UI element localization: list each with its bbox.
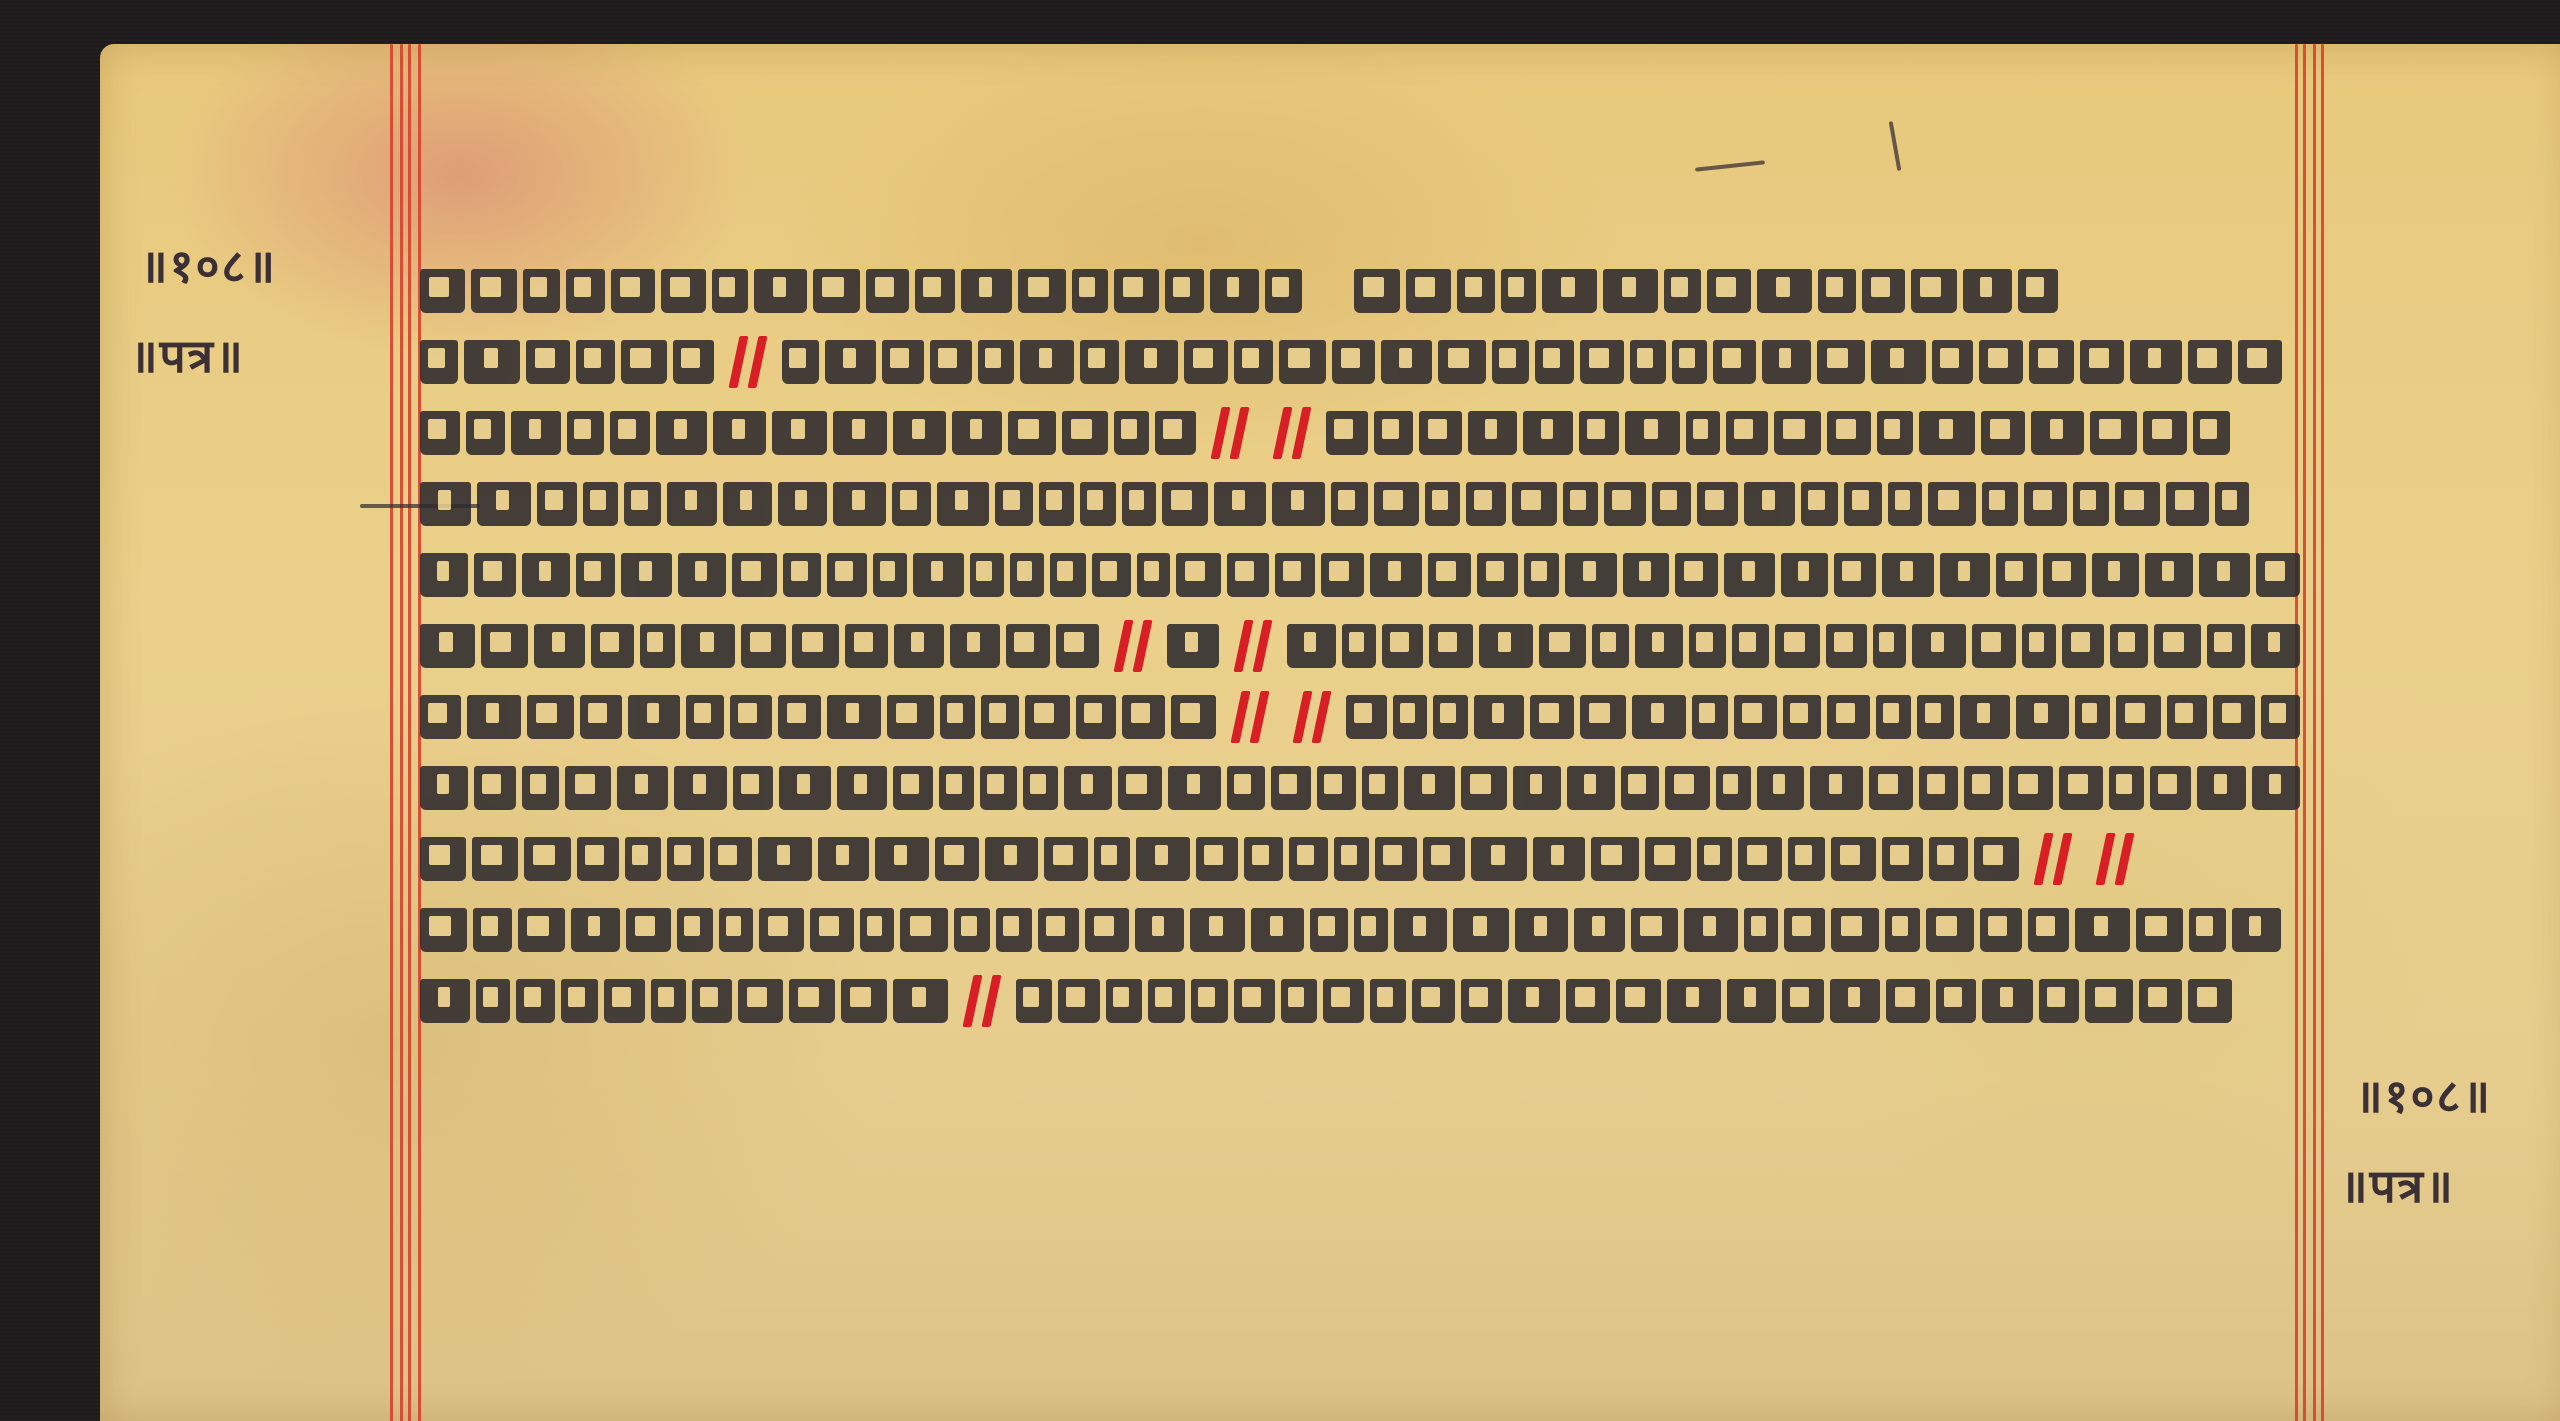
- script-glyph: [759, 908, 804, 952]
- script-glyph: [1038, 908, 1079, 952]
- script-glyph: [1092, 553, 1131, 597]
- script-glyph: [1394, 908, 1447, 952]
- script-glyph: [1332, 340, 1375, 384]
- script-glyph: [1062, 411, 1108, 455]
- script-glyph: [1136, 837, 1190, 881]
- script-glyph: [420, 553, 468, 597]
- script-glyph: [1727, 979, 1776, 1023]
- script-glyph: [1885, 908, 1920, 952]
- script-glyph: [1757, 766, 1805, 810]
- red-double-danda: [1119, 619, 1147, 673]
- script-glyph: [1886, 979, 1930, 1023]
- script-glyph: [1757, 269, 1812, 313]
- red-double-danda: [1216, 406, 1244, 460]
- script-glyph: [2139, 979, 2182, 1023]
- script-glyph: [1374, 482, 1419, 526]
- script-glyph: [1697, 837, 1732, 881]
- script-glyph: [1419, 411, 1462, 455]
- script-glyph: [950, 624, 1000, 668]
- script-glyph: [1982, 482, 2018, 526]
- script-glyph: [1713, 340, 1756, 384]
- right-ruling-line-2: [2303, 44, 2306, 1421]
- script-glyph: [1831, 837, 1876, 881]
- script-glyph: [1474, 695, 1524, 739]
- script-glyph: [640, 624, 675, 668]
- script-glyph: [1567, 766, 1615, 810]
- script-glyph: [1122, 482, 1156, 526]
- script-glyph: [1862, 269, 1905, 313]
- script-glyph: [2029, 340, 2074, 384]
- script-glyph: [1076, 695, 1116, 739]
- script-glyph: [1632, 695, 1686, 739]
- script-glyph: [1542, 269, 1597, 313]
- script-glyph: [1591, 837, 1639, 881]
- script-glyph: [1707, 269, 1751, 313]
- script-glyph: [625, 837, 661, 881]
- script-glyph: [2016, 695, 2069, 739]
- script-glyph: [1148, 979, 1185, 1023]
- script-glyph: [1080, 482, 1116, 526]
- left-ruling-line-2: [400, 44, 403, 1421]
- script-glyph: [1580, 340, 1624, 384]
- script-glyph: [893, 766, 934, 810]
- script-glyph: [1781, 553, 1828, 597]
- script-glyph: [1310, 908, 1348, 952]
- script-glyph: [954, 908, 990, 952]
- script-glyph: [1118, 766, 1163, 810]
- script-glyph: [1631, 908, 1678, 952]
- script-glyph: [474, 766, 517, 810]
- script-glyph: [1072, 269, 1108, 313]
- script-glyph: [2261, 695, 2300, 739]
- script-glyph: [624, 482, 661, 526]
- script-glyph: [420, 837, 466, 881]
- script-glyph: [1058, 979, 1100, 1023]
- script-glyph: [978, 340, 1014, 384]
- script-glyph: [1936, 979, 1976, 1023]
- script-glyph: [1834, 553, 1876, 597]
- left-folio-number-text: ॥१०८॥: [140, 239, 277, 293]
- script-glyph: [621, 340, 667, 384]
- script-glyph: [1375, 837, 1417, 881]
- script-glyph: [466, 411, 505, 455]
- script-glyph: [1827, 411, 1871, 455]
- script-glyph: [1964, 766, 2003, 810]
- script-glyph: [474, 553, 516, 597]
- script-glyph: [1471, 837, 1527, 881]
- script-glyph: [1724, 553, 1775, 597]
- red-double-danda: [1278, 406, 1306, 460]
- script-glyph: [1234, 340, 1273, 384]
- script-glyph: [940, 695, 976, 739]
- script-glyph: [1190, 908, 1245, 952]
- script-glyph: [970, 553, 1004, 597]
- script-glyph: [738, 979, 783, 1023]
- script-glyph: [1137, 553, 1170, 597]
- script-glyph: [873, 553, 907, 597]
- manuscript-line: [420, 255, 2300, 326]
- script-glyph: [1667, 979, 1721, 1023]
- script-glyph: [576, 340, 615, 384]
- script-glyph: [565, 766, 611, 810]
- script-glyph: [733, 766, 773, 810]
- script-glyph: [841, 979, 887, 1023]
- script-glyph: [1085, 908, 1129, 952]
- script-glyph: [1168, 766, 1220, 810]
- red-double-danda: [968, 974, 996, 1028]
- script-glyph: [1604, 482, 1646, 526]
- script-glyph: [961, 269, 1012, 313]
- script-glyph: [2199, 553, 2250, 597]
- manuscript-line: [420, 610, 2300, 681]
- script-glyph: [1094, 837, 1130, 881]
- script-glyph: [1580, 695, 1626, 739]
- script-glyph: [712, 269, 748, 313]
- script-glyph: [710, 837, 752, 881]
- script-glyph: [621, 553, 672, 597]
- script-glyph: [1362, 766, 1398, 810]
- script-glyph: [1275, 553, 1315, 597]
- script-glyph: [473, 908, 512, 952]
- script-glyph: [730, 695, 772, 739]
- script-glyph: [1645, 837, 1691, 881]
- script-glyph: [2059, 766, 2103, 810]
- script-glyph: [1972, 624, 2016, 668]
- script-glyph: [1782, 979, 1824, 1023]
- script-glyph: [1479, 624, 1534, 668]
- script-glyph: [1008, 411, 1056, 455]
- script-glyph: [1979, 340, 2023, 384]
- script-glyph: [1381, 340, 1432, 384]
- script-glyph: [732, 553, 778, 597]
- script-glyph: [1665, 766, 1710, 810]
- script-glyph: [1940, 553, 1990, 597]
- script-glyph: [420, 979, 470, 1023]
- manuscript-text-block: [420, 255, 2300, 1036]
- script-glyph: [1370, 979, 1406, 1023]
- script-glyph: [464, 340, 520, 384]
- script-glyph: [1167, 624, 1219, 668]
- script-glyph: [1635, 624, 1683, 668]
- script-glyph: [611, 269, 655, 313]
- script-glyph: [1826, 624, 1866, 668]
- script-glyph: [2022, 624, 2056, 668]
- script-glyph: [511, 411, 561, 455]
- script-glyph: [686, 695, 724, 739]
- script-glyph: [1428, 553, 1472, 597]
- script-glyph: [1382, 624, 1423, 668]
- script-glyph: [810, 908, 854, 952]
- script-glyph: [2150, 766, 2191, 810]
- script-glyph: [673, 340, 714, 384]
- script-glyph: [2251, 624, 2300, 668]
- script-glyph: [580, 695, 623, 739]
- script-glyph: [1461, 766, 1507, 810]
- script-glyph: [522, 553, 570, 597]
- script-glyph: [1530, 695, 1574, 739]
- script-glyph: [2145, 553, 2193, 597]
- manuscript-line: [420, 539, 2300, 610]
- script-glyph: [2018, 269, 2058, 313]
- script-glyph: [1919, 411, 1975, 455]
- script-glyph: [900, 908, 948, 952]
- script-glyph: [2136, 908, 2183, 952]
- script-glyph: [1882, 837, 1923, 881]
- script-glyph: [1006, 624, 1050, 668]
- script-glyph: [674, 766, 726, 810]
- script-glyph: [860, 908, 894, 952]
- script-glyph: [2207, 624, 2245, 668]
- script-glyph: [1010, 553, 1044, 597]
- script-glyph: [1579, 411, 1619, 455]
- script-glyph: [935, 837, 979, 881]
- right-folio-number: ॥१०८॥: [2355, 1064, 2492, 1126]
- script-glyph: [1492, 340, 1529, 384]
- script-glyph: [2116, 695, 2162, 739]
- script-glyph: [1775, 624, 1820, 668]
- script-glyph: [2039, 979, 2079, 1023]
- script-glyph: [617, 766, 668, 810]
- script-glyph: [1370, 553, 1421, 597]
- script-glyph: [2110, 624, 2147, 668]
- script-glyph: [2166, 482, 2209, 526]
- script-glyph: [2213, 695, 2255, 739]
- left-ruling-line-3: [408, 44, 411, 1421]
- script-glyph: [1830, 979, 1880, 1023]
- script-glyph: [1831, 908, 1879, 952]
- script-glyph: [754, 269, 807, 313]
- script-glyph: [476, 979, 510, 1023]
- script-glyph: [1563, 482, 1598, 526]
- script-glyph: [866, 269, 909, 313]
- script-glyph: [420, 908, 467, 952]
- script-glyph: [1566, 979, 1610, 1023]
- script-glyph: [892, 482, 931, 526]
- script-glyph: [995, 482, 1033, 526]
- script-glyph: [576, 553, 615, 597]
- script-glyph: [1871, 340, 1926, 384]
- script-glyph: [1056, 624, 1099, 668]
- script-glyph: [1716, 766, 1751, 810]
- red-double-danda: [734, 335, 762, 389]
- script-glyph: [420, 695, 461, 739]
- script-glyph: [604, 979, 645, 1023]
- script-glyph: [782, 340, 819, 384]
- script-glyph: [534, 624, 585, 668]
- script-glyph: [1342, 624, 1376, 668]
- script-glyph: [2115, 482, 2160, 526]
- script-glyph: [467, 695, 521, 739]
- script-glyph: [1932, 340, 1973, 384]
- script-glyph: [2188, 340, 2232, 384]
- script-glyph: [1574, 908, 1625, 952]
- script-glyph: [2031, 411, 2084, 455]
- script-glyph: [937, 482, 989, 526]
- script-glyph: [1873, 624, 1906, 668]
- script-glyph: [1533, 837, 1585, 881]
- script-glyph: [1817, 340, 1865, 384]
- script-glyph: [981, 695, 1019, 739]
- script-glyph: [420, 269, 465, 313]
- script-glyph: [1512, 482, 1557, 526]
- script-glyph: [1227, 553, 1269, 597]
- script-glyph: [2189, 908, 2226, 952]
- script-glyph: [1214, 482, 1266, 526]
- script-glyph: [1165, 269, 1204, 313]
- red-double-danda: [2101, 832, 2129, 886]
- script-glyph: [1732, 624, 1769, 668]
- script-glyph: [772, 411, 827, 455]
- manuscript-line: [420, 823, 2300, 894]
- script-glyph: [1844, 482, 1882, 526]
- script-glyph: [1271, 766, 1311, 810]
- script-glyph: [420, 482, 471, 526]
- script-glyph: [1869, 766, 1914, 810]
- script-glyph: [1689, 624, 1726, 668]
- script-glyph: [778, 695, 821, 739]
- manuscript-line: [420, 894, 2300, 965]
- manuscript-line: [420, 681, 2300, 752]
- script-glyph: [2193, 411, 2230, 455]
- script-glyph: [1453, 908, 1509, 952]
- script-glyph: [1039, 482, 1074, 526]
- script-glyph: [827, 553, 867, 597]
- script-glyph: [1331, 482, 1368, 526]
- script-glyph: [893, 979, 948, 1023]
- script-glyph: [1535, 340, 1574, 384]
- script-glyph: [713, 411, 766, 455]
- manuscript-line: [420, 326, 2300, 397]
- script-glyph: [825, 340, 876, 384]
- script-glyph: [1744, 908, 1778, 952]
- script-glyph: [1917, 695, 1954, 739]
- script-glyph: [1784, 908, 1825, 952]
- right-ruling-line-3: [2313, 44, 2316, 1421]
- script-glyph: [667, 837, 704, 881]
- script-glyph: [1272, 482, 1325, 526]
- script-glyph: [952, 411, 1002, 455]
- script-glyph: [1616, 979, 1661, 1023]
- red-double-danda: [1236, 690, 1264, 744]
- script-glyph: [1227, 766, 1265, 810]
- script-glyph: [1621, 766, 1659, 810]
- script-glyph: [1592, 624, 1628, 668]
- script-glyph: [1523, 411, 1573, 455]
- script-glyph: [1981, 411, 2025, 455]
- script-glyph: [1050, 553, 1086, 597]
- script-glyph: [2073, 482, 2109, 526]
- script-glyph: [1788, 837, 1825, 881]
- script-glyph: [827, 695, 881, 739]
- script-glyph: [1438, 340, 1486, 384]
- script-glyph: [1623, 553, 1670, 597]
- script-glyph: [1016, 979, 1052, 1023]
- script-glyph: [1025, 695, 1070, 739]
- script-glyph: [1911, 269, 1957, 313]
- script-glyph: [1686, 411, 1720, 455]
- script-glyph: [915, 269, 955, 313]
- script-glyph: [1877, 411, 1913, 455]
- script-glyph: [813, 269, 860, 313]
- script-glyph: [518, 908, 565, 952]
- script-glyph: [1734, 695, 1777, 739]
- script-glyph: [1323, 979, 1364, 1023]
- left-folio-number: ॥१०८॥: [140, 234, 277, 296]
- script-glyph: [420, 624, 475, 668]
- script-glyph: [420, 766, 468, 810]
- script-glyph: [783, 553, 821, 597]
- script-glyph: [1675, 553, 1718, 597]
- script-glyph: [477, 482, 531, 526]
- script-glyph: [1281, 979, 1317, 1023]
- script-glyph: [527, 695, 574, 739]
- script-glyph: [1762, 340, 1811, 384]
- script-glyph: [1114, 411, 1149, 455]
- script-glyph: [845, 624, 887, 668]
- script-glyph: [577, 837, 619, 881]
- script-glyph: [1210, 269, 1259, 313]
- script-glyph: [1279, 340, 1326, 384]
- script-glyph: [2238, 340, 2282, 384]
- script-glyph: [1827, 695, 1870, 739]
- manuscript-line: [420, 965, 2300, 1036]
- script-glyph: [2197, 766, 2246, 810]
- script-glyph: [681, 624, 735, 668]
- script-glyph: [1501, 269, 1536, 313]
- manuscript-line: [420, 397, 2300, 468]
- script-glyph: [1457, 269, 1495, 313]
- script-glyph: [1684, 908, 1738, 952]
- script-glyph: [1106, 979, 1142, 1023]
- script-glyph: [1406, 269, 1451, 313]
- script-glyph: [882, 340, 924, 384]
- script-glyph: [1697, 482, 1738, 526]
- script-glyph: [567, 411, 604, 455]
- script-glyph: [1404, 766, 1455, 810]
- script-glyph: [1265, 269, 1302, 313]
- script-glyph: [1468, 411, 1517, 455]
- script-glyph: [1963, 269, 2012, 313]
- script-glyph: [1625, 411, 1680, 455]
- script-glyph: [1162, 482, 1208, 526]
- script-glyph: [1244, 837, 1283, 881]
- script-glyph: [1346, 695, 1387, 739]
- script-glyph: [1928, 482, 1976, 526]
- script-glyph: [1326, 411, 1368, 455]
- script-glyph: [561, 979, 598, 1023]
- script-glyph: [2028, 908, 2069, 952]
- script-glyph: [1980, 908, 2022, 952]
- script-glyph: [1929, 837, 1968, 881]
- script-glyph: [523, 269, 560, 313]
- script-glyph: [985, 837, 1038, 881]
- script-glyph: [1155, 411, 1196, 455]
- script-glyph: [583, 482, 618, 526]
- script-glyph: [471, 269, 517, 313]
- script-glyph: [1888, 482, 1922, 526]
- manuscript-line: [420, 752, 2300, 823]
- script-glyph: [1882, 553, 1934, 597]
- script-glyph: [1171, 695, 1216, 739]
- script-glyph: [537, 482, 577, 526]
- right-folio-label-text: ॥पत्र॥: [2340, 1159, 2455, 1213]
- script-glyph: [1374, 411, 1413, 455]
- script-glyph: [1982, 979, 2033, 1023]
- script-glyph: [522, 766, 559, 810]
- script-glyph: [1818, 269, 1856, 313]
- script-glyph: [741, 624, 786, 668]
- script-glyph: [1603, 269, 1658, 313]
